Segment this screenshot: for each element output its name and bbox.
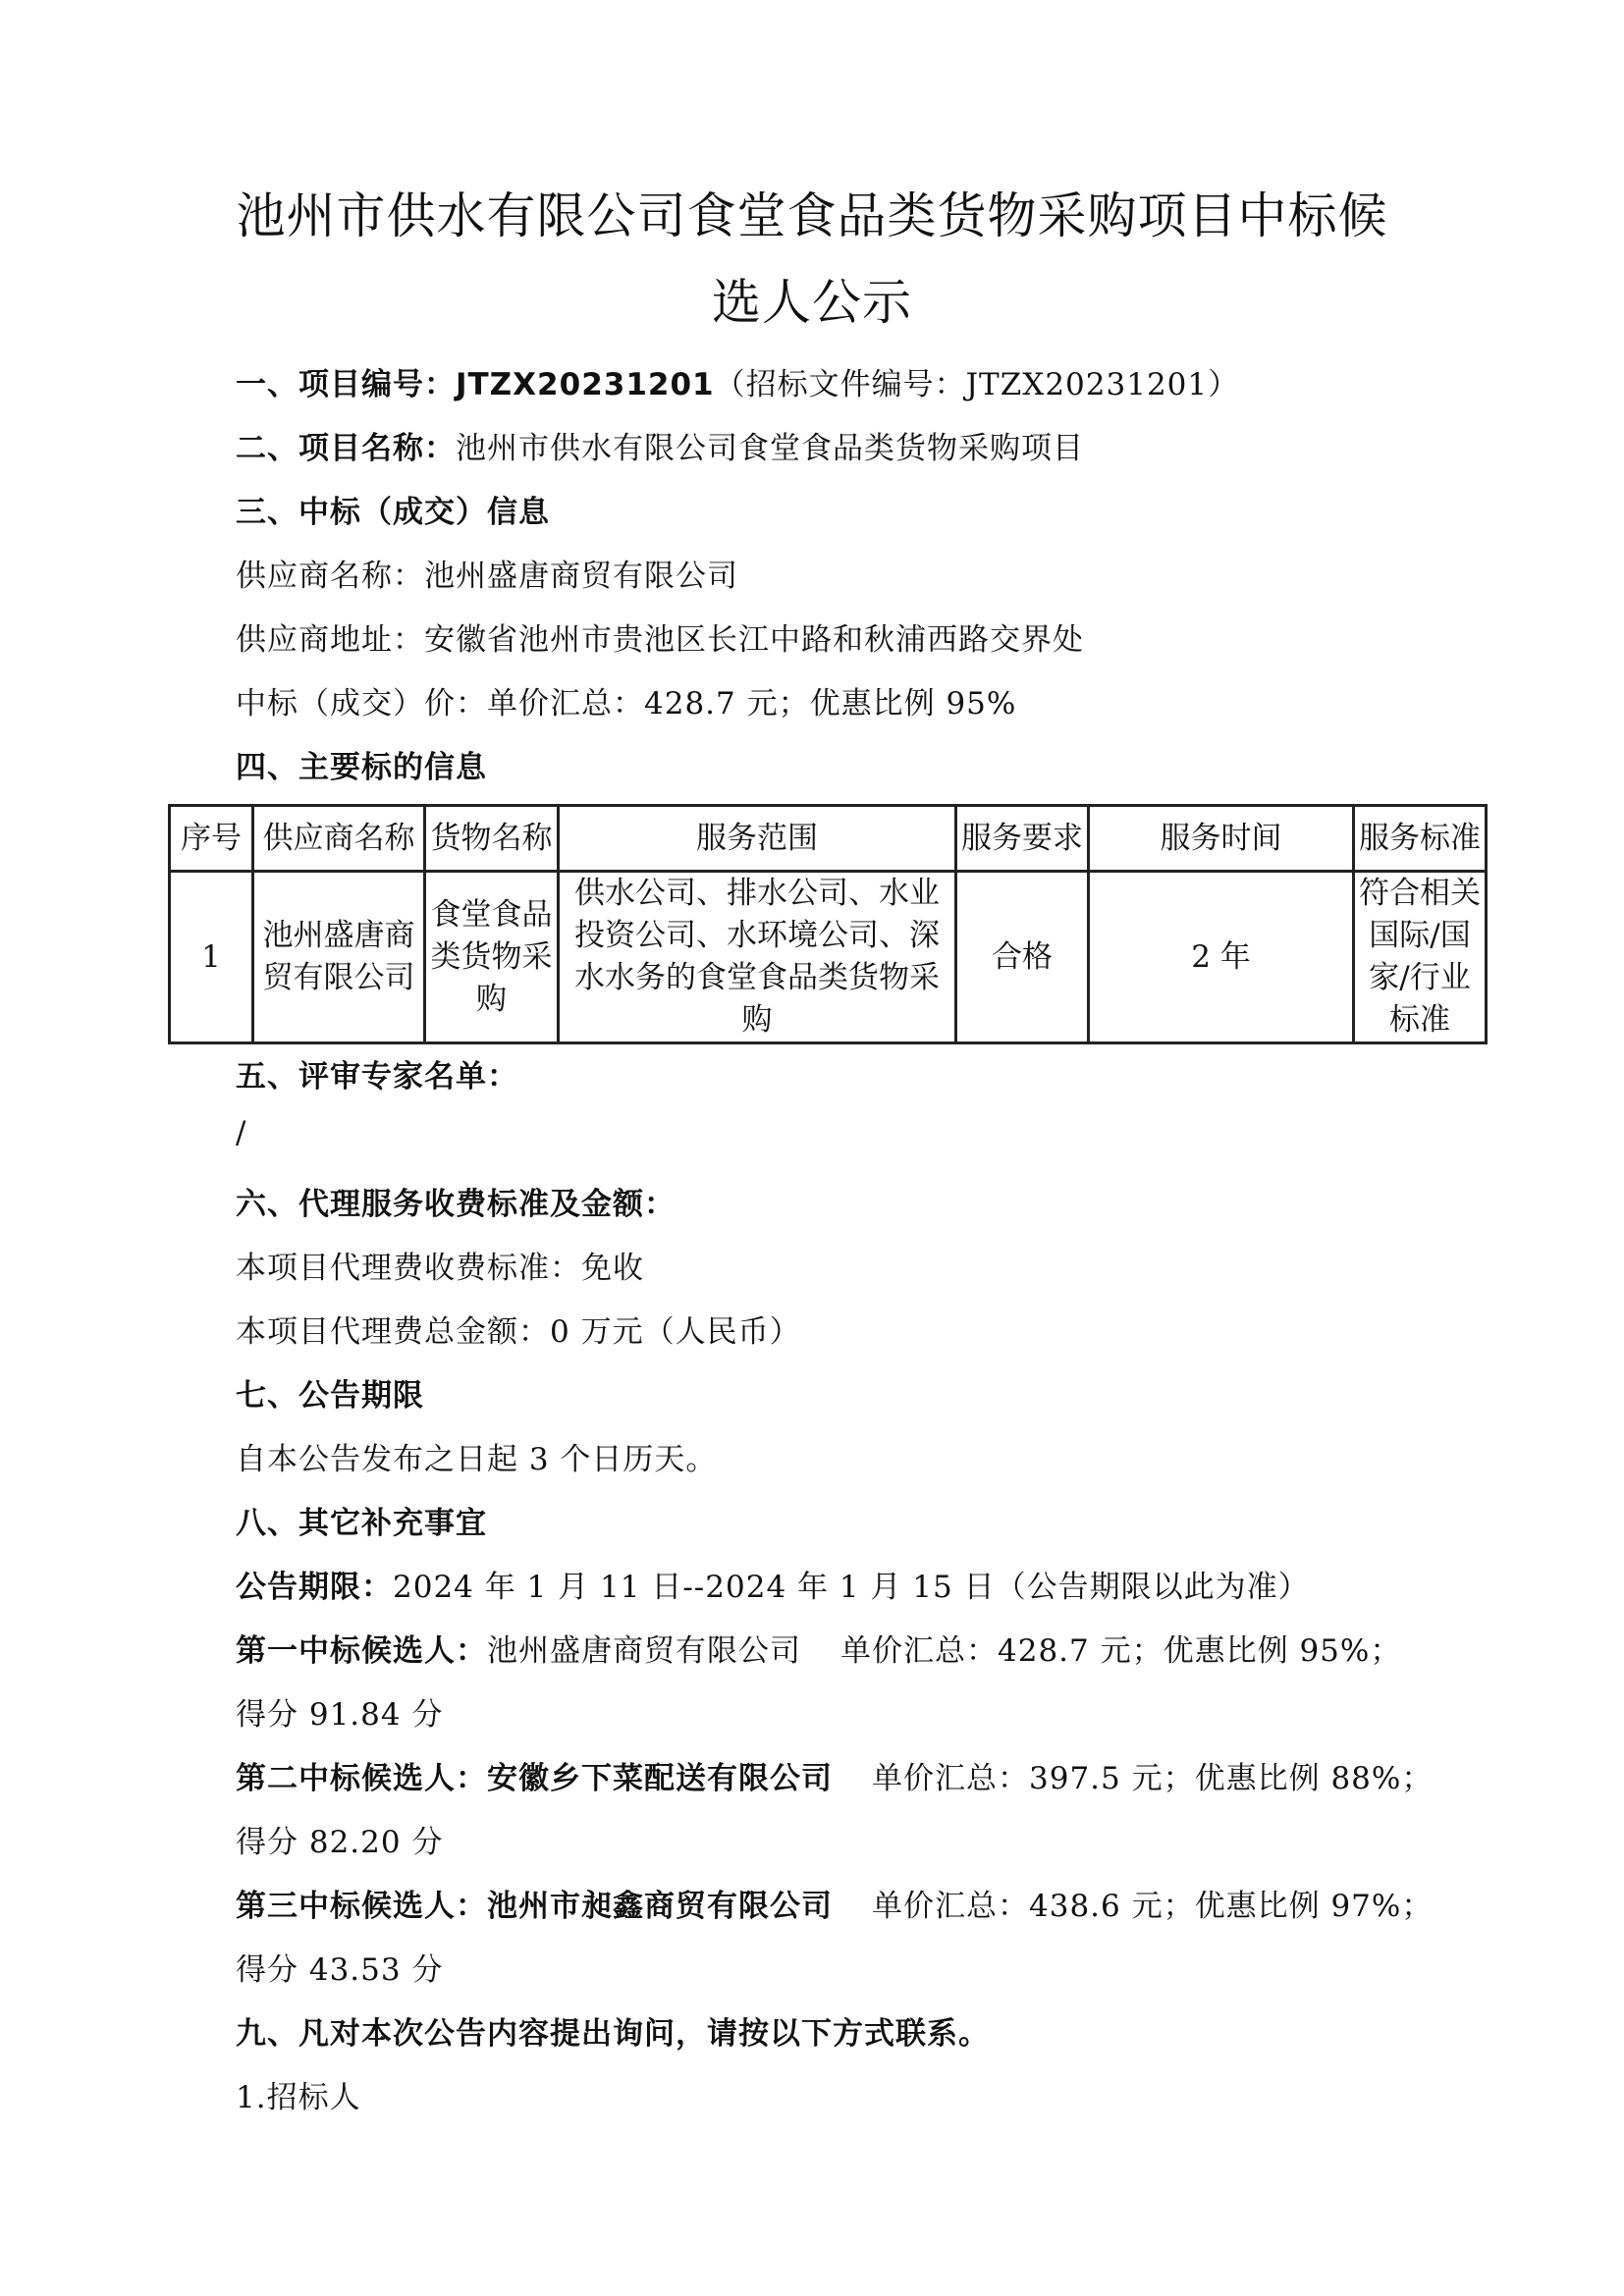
candidate-2-name: 安徽乡下菜配送有限公司: [487, 1761, 833, 1796]
candidate-2-score: 得分 82.20 分: [236, 1817, 443, 1861]
section-7-heading: 七、公告期限: [236, 1370, 424, 1415]
cell-scope-line: 供水公司、排水公司、水业: [560, 873, 954, 915]
tender-doc-number: （招标文件编号：JTZX20231201）: [715, 367, 1240, 402]
cell-index: 1: [170, 872, 253, 1043]
header-index: 序号: [170, 806, 253, 872]
header-requirement: 服务要求: [956, 806, 1089, 872]
cell-standard: 符合相关 国际/国 家/行业 标准: [1354, 872, 1487, 1043]
notice-period-text: 自本公告发布之日起 3 个日历天。: [236, 1434, 717, 1478]
candidate-3-name: 池州市昶鑫商贸有限公司: [487, 1889, 833, 1924]
header-duration: 服务时间: [1089, 806, 1354, 872]
candidate-3-label: 第三中标候选人：: [236, 1889, 487, 1924]
candidate-1-score: 得分 91.84 分: [236, 1689, 443, 1734]
cell-scope-line: 购: [560, 999, 954, 1041]
project-name: 二、项目名称：池州市供水有限公司食堂食品类货物采购项目: [236, 423, 1084, 467]
project-number: 一、项目编号：JTZX20231201（招标文件编号：JTZX20231201）: [236, 359, 1239, 403]
agency-fee-standard: 本项目代理费收费标准：免收: [236, 1243, 644, 1287]
project-number-label: 一、项目编号：JTZX20231201: [236, 367, 715, 402]
main-items-table: 序号 供应商名称 货物名称 服务范围 服务要求 服务时间 服务标准 1 池州盛唐…: [168, 804, 1488, 1044]
header-supplier: 供应商名称: [253, 806, 425, 872]
table-header-row: 序号 供应商名称 货物名称 服务范围 服务要求 服务时间 服务标准: [170, 806, 1487, 872]
cell-scope: 供水公司、排水公司、水业 投资公司、水环境公司、深 水水务的食堂食品类货物采 购: [559, 872, 956, 1043]
candidate-2-label: 第二中标候选人：: [236, 1761, 487, 1796]
candidate-1: 第一中标候选人：池州盛唐商贸有限公司单价汇总：428.7 元；优惠比例 95%；: [236, 1626, 1401, 1670]
cell-supplier-line: 池州盛唐商: [254, 915, 423, 957]
agency-fee-amount: 本项目代理费总金额：0 万元（人民币）: [236, 1307, 801, 1351]
winning-price: 中标（成交）价：单价汇总：428.7 元；优惠比例 95%: [236, 678, 1016, 722]
candidate-1-name: 池州盛唐商贸有限公司: [487, 1633, 801, 1669]
notice-period: 公告期限：2024 年 1 月 11 日--2024 年 1 月 15 日（公告…: [236, 1562, 1310, 1606]
cell-scope-line: 投资公司、水环境公司、深: [560, 915, 954, 957]
section-3-heading: 三、中标（成交）信息: [236, 487, 550, 531]
section-9-heading: 九、凡对本次公告内容提出询问，请按以下方式联系。: [236, 2008, 990, 2053]
candidate-3-score: 得分 43.53 分: [236, 1945, 443, 1989]
candidate-1-label: 第一中标候选人：: [236, 1633, 487, 1669]
project-name-value: 池州市供水有限公司食堂食品类货物采购项目: [456, 431, 1084, 466]
page-title-line-2: 选人公示: [0, 263, 1624, 334]
header-goods: 货物名称: [425, 806, 559, 872]
candidate-3: 第三中标候选人：池州市昶鑫商贸有限公司单价汇总：438.6 元；优惠比例 97%…: [236, 1881, 1433, 1925]
header-scope: 服务范围: [559, 806, 956, 872]
section-4-heading: 四、主要标的信息: [236, 742, 487, 786]
cell-goods-line: 类货物采: [426, 936, 557, 979]
cell-supplier: 池州盛唐商 贸有限公司: [253, 872, 425, 1043]
cell-scope-line: 水水务的食堂食品类货物采: [560, 957, 954, 999]
supplier-address: 供应商地址：安徽省池州市贵池区长江中路和秋浦西路交界处: [236, 614, 1084, 659]
cell-requirement: 合格: [956, 872, 1089, 1043]
section-8-heading: 八、其它补充事宜: [236, 1498, 487, 1542]
notice-period-value: 2024 年 1 月 11 日--2024 年 1 月 15 日（公告期限以此为…: [393, 1570, 1310, 1605]
candidate-3-detail: 单价汇总：438.6 元；优惠比例 97%；: [872, 1889, 1433, 1924]
expert-list-value: /: [236, 1115, 246, 1150]
project-name-label: 二、项目名称：: [236, 431, 456, 466]
cell-duration: 2 年: [1089, 872, 1354, 1043]
section-6-heading: 六、代理服务收费标准及金额：: [236, 1179, 676, 1223]
cell-goods-line: 购: [426, 979, 557, 1021]
cell-standard-line: 符合相关: [1355, 873, 1485, 915]
notice-period-label: 公告期限：: [236, 1570, 393, 1605]
cell-supplier-line: 贸有限公司: [254, 957, 423, 999]
supplier-name: 供应商名称：池州盛唐商贸有限公司: [236, 551, 738, 595]
cell-goods-line: 食堂食品: [426, 894, 557, 936]
contact-item-1: 1.招标人: [236, 2072, 361, 2116]
section-5-heading: 五、评审专家名单：: [236, 1051, 518, 1095]
candidate-2-detail: 单价汇总：397.5 元；优惠比例 88%；: [872, 1761, 1433, 1796]
page-title-line-1: 池州市供水有限公司食堂食品类货物采购项目中标候: [0, 177, 1624, 247]
cell-standard-line: 家/行业: [1355, 957, 1485, 999]
table-row: 1 池州盛唐商 贸有限公司 食堂食品 类货物采 购 供水公司、排水公司、水业 投…: [170, 872, 1487, 1043]
cell-standard-line: 国际/国: [1355, 915, 1485, 957]
candidate-1-detail: 单价汇总：428.7 元；优惠比例 95%；: [840, 1633, 1401, 1669]
cell-goods: 食堂食品 类货物采 购: [425, 872, 559, 1043]
cell-standard-line: 标准: [1355, 999, 1485, 1041]
header-standard: 服务标准: [1354, 806, 1487, 872]
candidate-2: 第二中标候选人：安徽乡下菜配送有限公司单价汇总：397.5 元；优惠比例 88%…: [236, 1753, 1433, 1797]
